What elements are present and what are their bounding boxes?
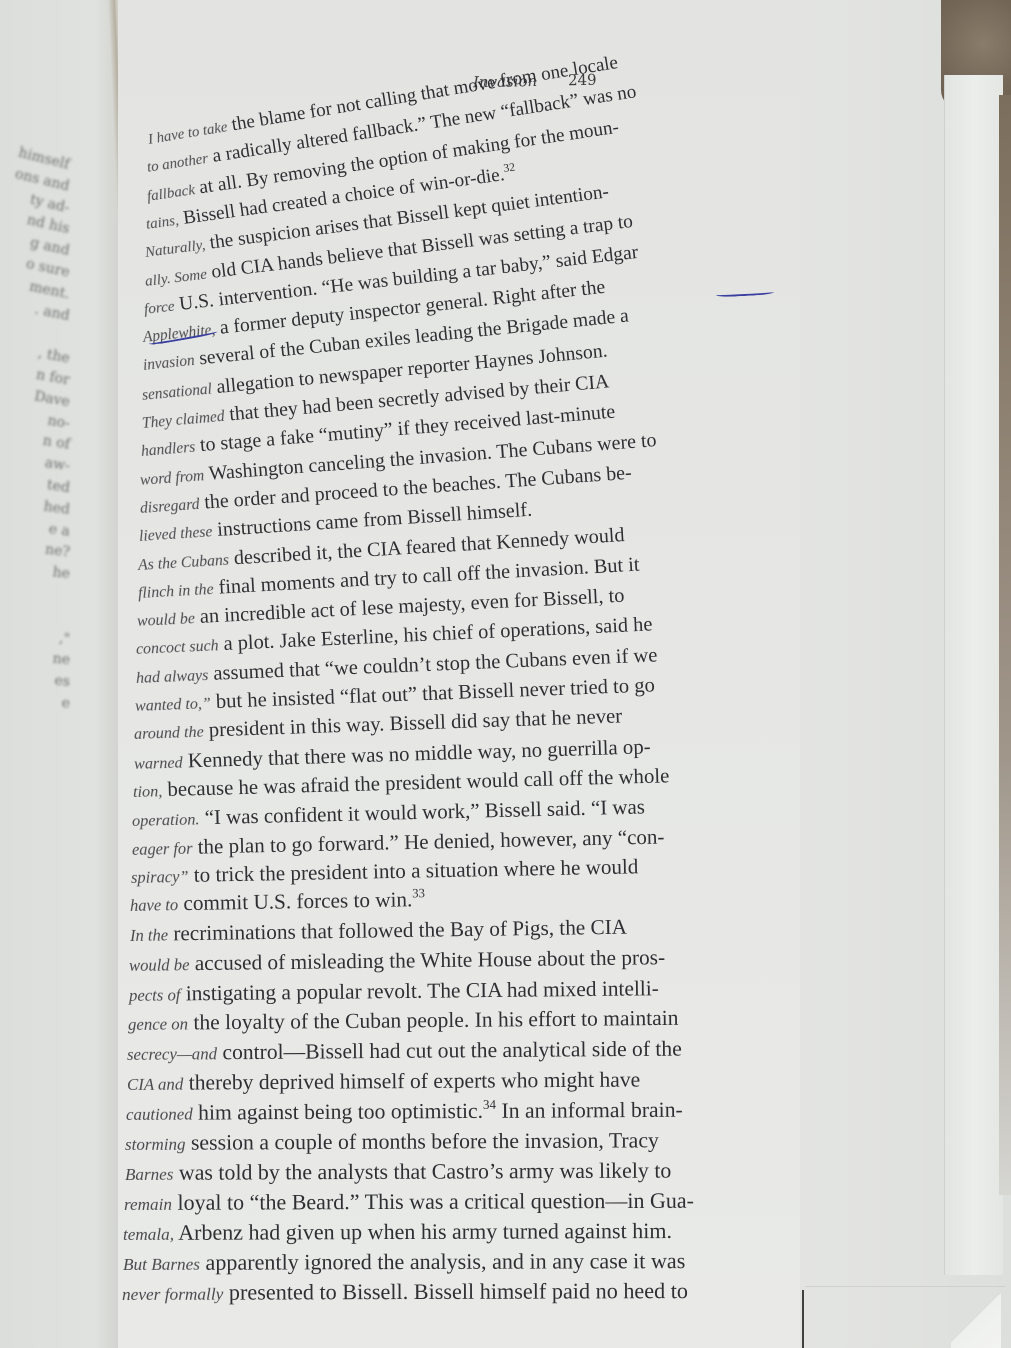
line-start-text: wanted to,” (135, 695, 211, 715)
line-text: to trick the president into a situation … (188, 854, 638, 887)
footnote-marker: 32 (503, 161, 516, 174)
line-text: accused of misleading the White House ab… (189, 945, 665, 975)
line-start-text: They claimed (141, 408, 225, 432)
line-start-text: fallback (146, 182, 196, 205)
text-line: would be accused of misleading the White… (129, 945, 665, 977)
line-start-text: CIA and (126, 1075, 182, 1094)
line-start-text: invasion (142, 352, 195, 374)
line-text: loyal to “the Beard.” This was a critica… (172, 1188, 694, 1215)
line-text: apparently ignored the analysis, and in … (200, 1248, 685, 1275)
line-text: recriminations that followed the Bay of … (168, 915, 627, 946)
line-start-text: remain (124, 1195, 172, 1214)
line-start-text: would be (129, 955, 190, 975)
line-start-text: operation. (132, 810, 200, 831)
line-text: “I was confident it would work,” Bissell… (200, 795, 646, 830)
line-text: the loyalty of the Cuban people. In his … (188, 1006, 679, 1035)
line-start-text: storming (125, 1134, 186, 1153)
text-line: have to commit U.S. forces to win.33 (130, 887, 425, 917)
line-start-text: never formally (122, 1284, 223, 1303)
text-line: pects of instigating a popular revolt. T… (128, 976, 658, 1007)
line-start-text: Barnes (125, 1165, 173, 1184)
line-start-text: I have to take (147, 119, 229, 148)
line-text-continued: In an informal brain- (496, 1097, 683, 1122)
line-start-text: secrecy—and (127, 1044, 217, 1064)
body-text: I have to take the blame for not calling… (0, 0, 1011, 1348)
text-line: But Barnes apparently ignored the analys… (123, 1248, 685, 1276)
line-start-text: disregard (139, 496, 200, 517)
line-start-text: pects of (128, 985, 180, 1005)
line-start-text: lieved these (138, 523, 212, 545)
line-text: the plan to go forward.” He denied, howe… (192, 824, 664, 858)
text-line: storming session a couple of months befo… (125, 1128, 659, 1156)
line-start-text: tains, (145, 213, 180, 233)
line-start-text: have to (130, 895, 178, 915)
text-line: never formally presented to Bissell. Bis… (122, 1278, 688, 1306)
footnote-marker: 33 (413, 886, 426, 900)
line-start-text: In the (130, 925, 168, 945)
text-line: Barnes was told by the analysts that Cas… (125, 1158, 671, 1186)
text-line: secrecy—and control—Bissell had cut out … (127, 1037, 682, 1066)
line-start-text: Naturally, (144, 237, 206, 261)
line-text: Arbenz had given up when his army turned… (174, 1218, 672, 1245)
line-text: him against being too optimistic. (192, 1099, 482, 1125)
text-line: temala, Arbenz had given up when his arm… (123, 1218, 672, 1246)
line-start-text: to another (146, 151, 209, 176)
line-start-text: around the (134, 724, 204, 743)
line-start-text: cautioned (126, 1104, 193, 1123)
line-start-text: tion, (133, 782, 163, 801)
line-start-text: temala, (123, 1225, 174, 1244)
line-text: commit U.S. forces to win. (178, 887, 413, 915)
text-line: gence on the loyalty of the Cuban people… (128, 1006, 679, 1036)
line-start-text: flinch in the (137, 581, 213, 602)
line-text: session a couple of months before the in… (186, 1128, 660, 1154)
line-text: presented to Bissell. Bissell himself pa… (223, 1278, 688, 1305)
line-start-text: eager for (132, 838, 193, 858)
book-photo: himselfons andty ad-nd hisg ando suremen… (0, 0, 1011, 1348)
page-corner (951, 1288, 1001, 1348)
line-start-text: had always (135, 667, 208, 687)
text-line: remain loyal to “the Beard.” This was a … (124, 1188, 694, 1216)
page-edge-line (802, 1290, 804, 1348)
line-start-text: concoct such (136, 638, 219, 659)
line-start-text: ally. Some (144, 266, 208, 289)
line-start-text: word from (140, 467, 205, 489)
line-start-text: would be (137, 610, 196, 630)
line-start-text: force (143, 297, 175, 317)
line-start-text: warned (133, 753, 182, 772)
line-start-text: handlers (140, 439, 196, 460)
text-line: CIA and thereby deprived himself of expe… (126, 1067, 639, 1095)
line-text: was told by the analysts that Castro’s a… (173, 1158, 671, 1185)
line-text: instigating a popular revolt. The CIA ha… (180, 976, 659, 1005)
line-text: thereby deprived himself of experts who … (183, 1067, 640, 1094)
text-line: cautioned him against being too optimist… (126, 1097, 683, 1125)
text-line: In the recriminations that followed the … (130, 915, 627, 947)
line-start-text: gence on (128, 1015, 188, 1035)
line-start-text: As the Cubans (138, 551, 230, 573)
line-text: control—Bissell had cut out the analytic… (217, 1037, 682, 1065)
line-start-text: But Barnes (123, 1254, 200, 1273)
line-start-text: spiracy” (131, 867, 189, 887)
footnote-marker: 34 (483, 1096, 496, 1111)
line-start-text: sensational (141, 380, 212, 403)
lower-page-edge (805, 1286, 1005, 1287)
